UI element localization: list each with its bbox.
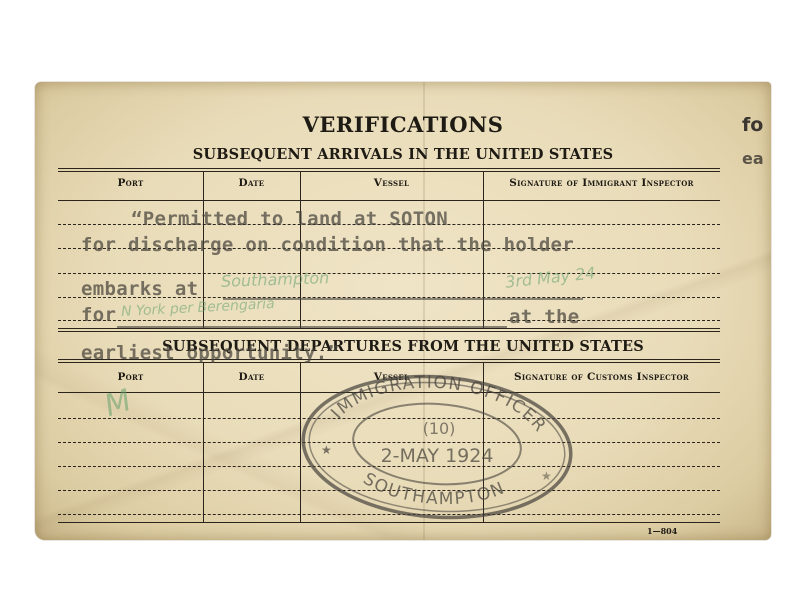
col-date: Date xyxy=(203,371,300,383)
bottom-rule xyxy=(58,522,720,523)
verification-card: VERIFICATIONS SUBSEQUENT ARRIVALS IN THE… xyxy=(35,82,771,540)
landing-stamp-line-4-suffix: at the xyxy=(509,306,579,328)
col-vessel: Vessel xyxy=(300,177,483,189)
immigration-officer-stamp: IMMIGRATION OFFICER SOUTHAMPTON (10) 2-M… xyxy=(299,372,575,522)
handwritten-date: 3rd May 24 xyxy=(504,263,596,291)
col-signature: Signature of Immigrant Inspector xyxy=(483,177,720,189)
col-port: Port xyxy=(58,177,203,189)
landing-stamp-line-5: earliest opportunity.” xyxy=(81,342,339,364)
edge-fragment-fo: fo xyxy=(742,114,763,136)
stamp-underline xyxy=(223,298,583,300)
stamp-underline xyxy=(117,326,507,328)
col-port: Port xyxy=(58,371,203,383)
oval-stamp-icon: IMMIGRATION OFFICER SOUTHAMPTON (10) 2-M… xyxy=(299,372,575,522)
card-title: VERIFICATIONS xyxy=(35,112,771,137)
table-row xyxy=(58,273,720,274)
table-row xyxy=(58,320,720,321)
col-date: Date xyxy=(203,177,300,189)
form-number: 1—804 xyxy=(647,526,677,536)
handwritten-port: Southampton xyxy=(221,268,330,291)
double-rule-bottom xyxy=(58,328,720,329)
double-rule-top xyxy=(58,168,720,169)
double-rule-bottom xyxy=(58,331,720,332)
edge-fragment-ea: ea xyxy=(742,149,764,168)
landing-stamp-line-1: “Permitted to land at SOTON xyxy=(131,208,448,230)
arrivals-heading: SUBSEQUENT ARRIVALS IN THE UNITED STATES xyxy=(35,146,771,163)
svg-text:(10): (10) xyxy=(423,419,456,438)
column-divider xyxy=(203,363,204,522)
double-rule-top xyxy=(58,171,720,172)
landing-stamp-line-4: for xyxy=(81,304,116,326)
svg-text:2-MAY 1924: 2-MAY 1924 xyxy=(381,445,494,467)
landing-stamp-line-2: for discharge on condition that the hold… xyxy=(81,234,574,256)
header-rule xyxy=(58,200,720,201)
svg-text:★: ★ xyxy=(321,443,332,457)
landing-stamp-line-3: embarks at xyxy=(81,278,198,300)
svg-text:★: ★ xyxy=(541,469,552,483)
